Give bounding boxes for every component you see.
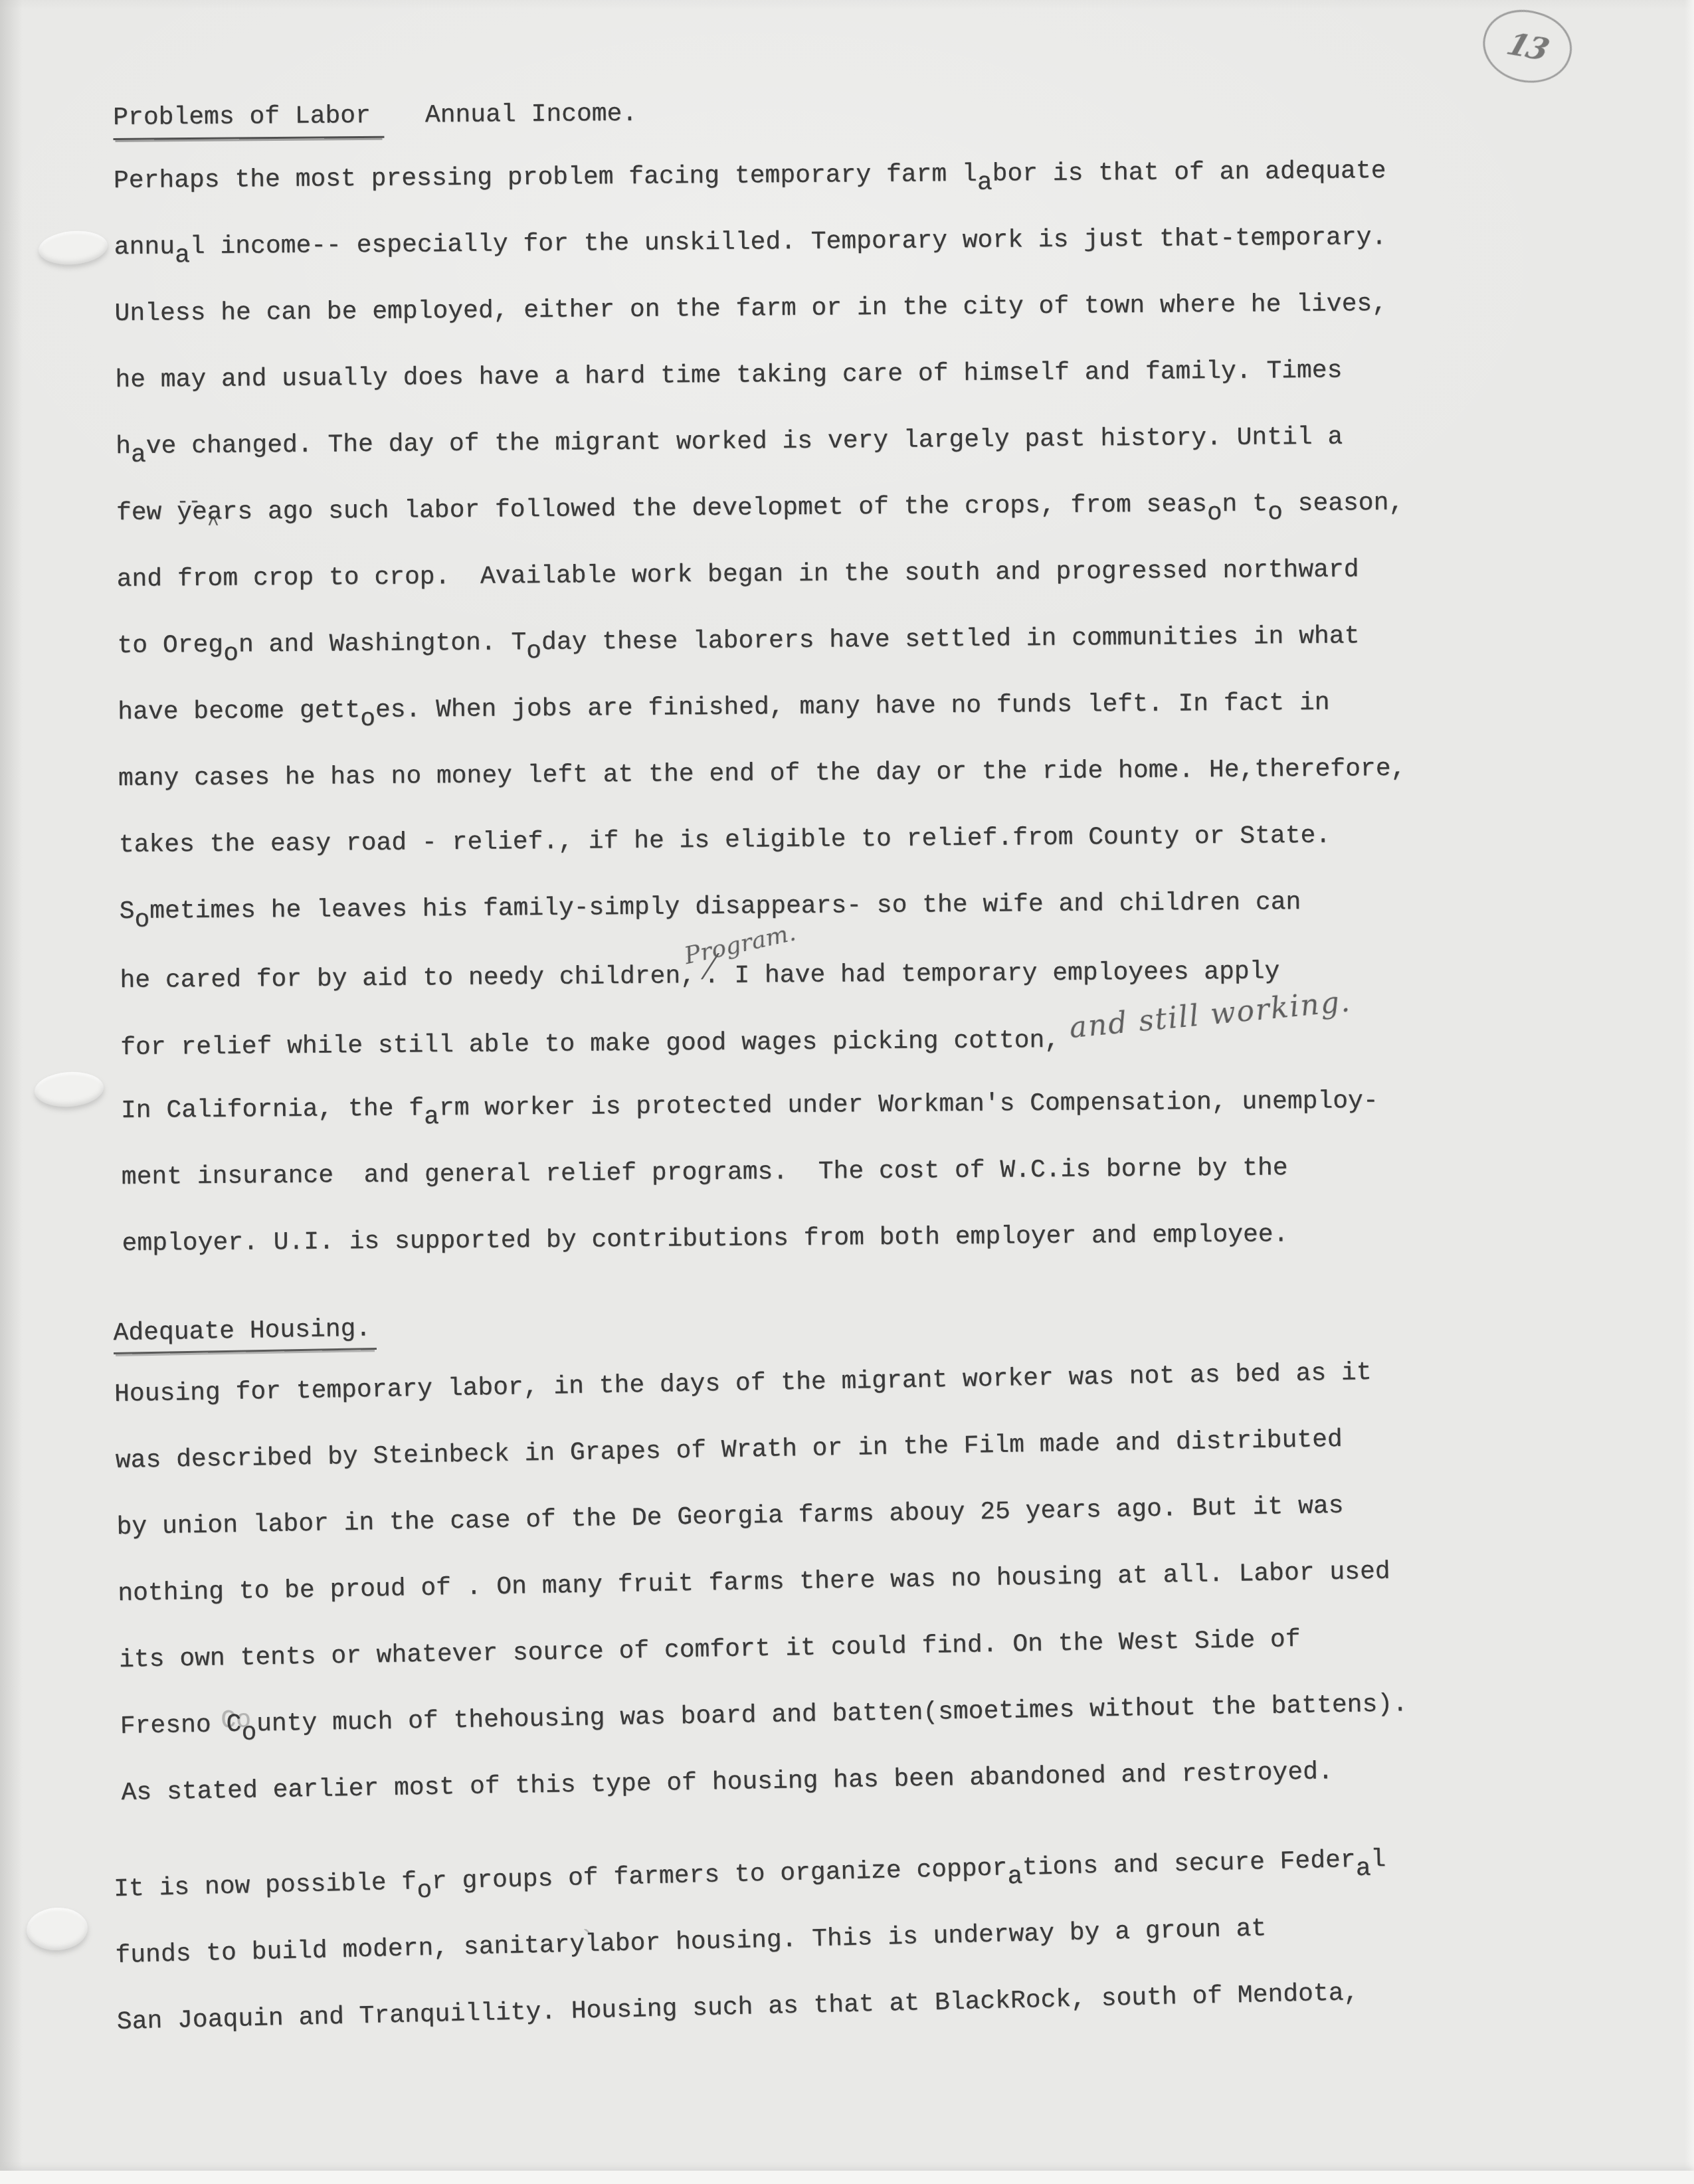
typed-text: employer. U.I. is supported by contribut… (122, 1220, 1288, 1258)
dropped-letter: a (131, 440, 146, 469)
typed-line: Perhaps the most pressing problem facing… (114, 136, 1669, 215)
dropped-letter: o (223, 639, 238, 668)
typed-text: funds to build modern, sanitary (115, 1930, 585, 1970)
paragraph-annual-income: Perhaps the most pressing problem facing… (114, 136, 1677, 1277)
typed-text: unty much of thehousing was board and ba… (256, 1690, 1408, 1738)
typed-text: ars ago such labor followed the developm… (207, 490, 1207, 527)
typed-text: and from crop to crop. Available work be… (117, 555, 1359, 594)
typed-text: Unless he can be employed, either on the… (114, 290, 1387, 328)
typed-text: r groups of farmers to organize coppor (431, 1854, 1007, 1896)
scan-bottom-edge (0, 2171, 1694, 2184)
dropped-letter: a (1007, 1862, 1023, 1891)
dropped-letter: o (134, 905, 149, 934)
typed-text: San Joaquin and Tranquillity. Housing su… (116, 1979, 1359, 2037)
typed-text: by union labor in the case of the De Geo… (116, 1492, 1344, 1542)
title-underlined-part: Problems of Labor (113, 102, 384, 140)
typo-mark: Co (220, 1688, 221, 1754)
section-federal-housing-funds: It is now possible for groups of farmers… (113, 1820, 1671, 2056)
dropped-letter: a (977, 168, 992, 197)
typed-line: for relief while still able to make good… (120, 1000, 1675, 1078)
scanned-document-page: 13 Problems of LaborAnnual Income. Perha… (0, 0, 1694, 2184)
typed-text: Fresno (120, 1710, 226, 1741)
typed-text: labor housing. This is underway by a gro… (585, 1914, 1267, 1959)
typed-line: he cared for by aid to needy children,Pr… (120, 933, 1675, 1012)
typed-line: Unless he can be employed, either on the… (114, 269, 1669, 347)
typed-text: In California, the f (121, 1094, 424, 1125)
typed-text: metimes he leaves his family-simply disa… (149, 888, 1301, 926)
typed-line: and from crop to crop. Available work be… (116, 535, 1671, 613)
typed-line: In California, the farm worker is protec… (121, 1066, 1676, 1144)
dropped-letter: o (1268, 498, 1283, 527)
typed-text: l income-- especially for the unskilled.… (190, 223, 1387, 261)
dropped-letter: a (175, 241, 190, 270)
typed-text: nothing to be proud of . On many fruit f… (118, 1558, 1390, 1608)
typed-line: have become gettoes. When jobs are finis… (118, 668, 1673, 746)
typed-line: employer. U.I. is supported by contribut… (122, 1199, 1677, 1277)
typed-text: to Oreg (117, 631, 223, 660)
typed-text: n and Washington. T (238, 628, 527, 659)
typed-text: takes the easy road - relief., if he is … (119, 822, 1331, 860)
typed-text: few (116, 498, 177, 527)
typed-line: he may and usually does have a hard time… (115, 335, 1670, 414)
typed-text: annu (114, 232, 175, 262)
typed-text: n t (1222, 490, 1268, 519)
heading-underlined: Adequate Housing. (113, 1315, 377, 1354)
typed-text: he cared for by aid to needy children, (120, 962, 696, 995)
typed-text: for relief while still able to make good… (120, 1026, 1060, 1062)
section-adequate-housing: Adequate Housing. Housing for temporary … (113, 1287, 1676, 1827)
typed-text: es. When jobs are finished, many have no… (375, 689, 1330, 725)
dropped-letter: o (417, 1876, 432, 1905)
dropped-letter: a (1355, 1854, 1371, 1883)
typed-text: l (1370, 1845, 1386, 1874)
typed-text: h (116, 432, 131, 461)
typed-text: many cases he has no money left at the e… (118, 755, 1406, 793)
typed-text: ve changed. The day of the migrant worke… (146, 422, 1343, 460)
typed-line: many cases he has no money left at the e… (118, 734, 1673, 812)
typed-text: tions and secure Feder (1022, 1846, 1357, 1882)
section-problems-of-labor: Problems of LaborAnnual Income. Perhaps … (113, 86, 1677, 1277)
typo-mark: ` (579, 1908, 580, 1975)
typed-text: Perhaps the most pressing problem facing… (114, 160, 977, 195)
paragraph-federal-funds: It is now possible for groups of farmers… (113, 1820, 1671, 2056)
paragraph-housing: Housing for temporary labor, in the days… (114, 1334, 1676, 1827)
dropped-letter: o (526, 636, 541, 665)
typed-text: its own tents or whatever source of comf… (119, 1625, 1301, 1675)
typed-line: Sometimes he leaves his family-simply di… (119, 867, 1674, 945)
typed-line: annual income-- especially for the unski… (114, 203, 1669, 281)
typed-line: takes the easy road - relief., if he is … (118, 800, 1673, 879)
typed-text: bor is that of an adequate (992, 157, 1386, 189)
document-content: Problems of LaborAnnual Income. Perhaps … (0, 0, 1694, 2056)
typed-text: rm worker is protected under Workman's C… (439, 1087, 1378, 1123)
typed-text: he may and usually does have a hard time… (115, 356, 1342, 395)
typed-text: day these laborers have settled in commu… (541, 622, 1360, 657)
typed-line: to Oregon and Washington. Today these la… (117, 601, 1672, 680)
dropped-letter: a (424, 1103, 439, 1131)
typed-text: As stated earlier most of this type of h… (121, 1758, 1333, 1807)
typed-text: season, (1283, 489, 1404, 518)
typed-line: ment insurance and general relief progra… (121, 1133, 1676, 1211)
dropped-letter: o (241, 1718, 257, 1747)
typed-text: Housing for temporary labor, in the days… (114, 1358, 1372, 1409)
dropped-letter: o (1207, 498, 1222, 527)
typed-text: It is now possible f (114, 1868, 417, 1904)
document-title: Problems of LaborAnnual Income. (113, 86, 1667, 138)
typed-text: was described by Steinbeck in Grapes of … (115, 1425, 1343, 1475)
typed-line: have changed. The day of the migrant wor… (116, 402, 1671, 480)
typed-text: ment insurance and general relief progra… (122, 1154, 1288, 1192)
dropped-letter: o (360, 704, 375, 733)
typed-line: few --ye^ars ago such labor followed the… (116, 468, 1671, 547)
typed-text: S (119, 897, 134, 926)
title-annual-income: Annual Income. (425, 100, 638, 130)
typed-text: have become gett (118, 696, 360, 727)
